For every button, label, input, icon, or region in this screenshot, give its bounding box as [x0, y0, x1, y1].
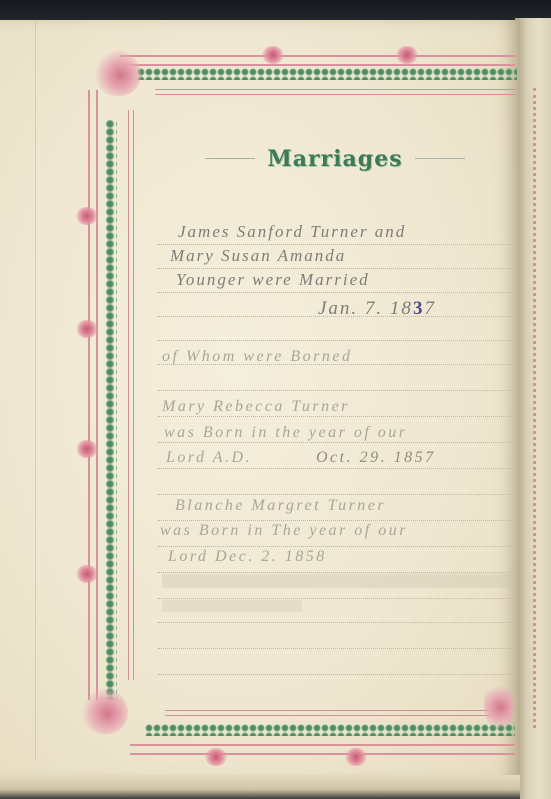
page-bottom-edge [0, 775, 520, 799]
border-green-garland-left [105, 120, 117, 700]
ruled-line [158, 494, 510, 495]
birth-1-line-3: Lord A.D. [166, 449, 252, 467]
corner-ornament-top-left-icon [95, 50, 141, 96]
erased-line-1 [162, 574, 512, 588]
year-last-digit: 7 [424, 298, 436, 319]
marriage-line-1: James Sanford Turner and [178, 222, 406, 242]
page-title-text: Marriages [267, 146, 402, 172]
title-flourish-left [205, 158, 255, 159]
border-pink-top [120, 55, 515, 66]
rosette-icon [262, 46, 284, 64]
ruled-line [158, 340, 510, 341]
rosette-icon [76, 207, 98, 225]
border-green-garland-top [137, 68, 517, 80]
birth-1-line-2: was Born in the year of our [164, 424, 408, 442]
border-green-garland-bottom [145, 724, 515, 736]
border-pink-inner-top [155, 89, 515, 95]
ruled-line [158, 520, 510, 521]
corner-ornament-bottom-left-icon [82, 688, 128, 734]
ruled-line [158, 468, 510, 469]
border-pink-left-inner [128, 110, 134, 680]
title-flourish-right [415, 158, 465, 159]
rosette-icon [345, 748, 367, 766]
year-correction: 3 [413, 298, 425, 319]
adjacent-page-border-ornament [533, 88, 550, 728]
rosette-icon [396, 46, 418, 64]
birth-2-line-1: Blanche Margret Turner [175, 497, 386, 515]
corner-ornament-bottom-right-icon [484, 682, 514, 728]
ruled-line [158, 546, 510, 547]
rosette-icon [76, 440, 98, 458]
marriage-line-3: Younger were Married [176, 270, 370, 290]
border-pink-bottom [130, 744, 515, 755]
ruled-line [158, 442, 510, 443]
birth-2-line-2: was Born in The year of our [160, 522, 408, 540]
adjacent-page-edge [515, 18, 551, 799]
ruled-line [158, 572, 510, 573]
page-title: Marriages [205, 140, 465, 180]
marriage-date-text: Jan. 7. 18 [318, 298, 413, 319]
birth-1-date: Oct. 29. 1857 [316, 449, 436, 467]
border-pink-left-outer [88, 90, 98, 700]
ruled-line [158, 648, 510, 649]
ruled-line [158, 292, 510, 293]
ruled-line [158, 416, 510, 417]
marriage-line-2: Mary Susan Amanda [170, 246, 346, 266]
erased-line-2 [162, 600, 302, 612]
border-pink-inner-bottom [165, 710, 510, 716]
ruled-line [158, 622, 510, 623]
ruled-line [158, 390, 510, 391]
rosette-icon [76, 565, 98, 583]
rosette-icon [205, 748, 227, 766]
birth-2-line-3: Lord Dec. 2. 1858 [168, 548, 327, 566]
children-heading: of Whom were Borned [162, 348, 352, 366]
ruled-line [158, 244, 510, 245]
birth-1-line-1: Mary Rebecca Turner [162, 398, 350, 416]
paper-crease [35, 20, 36, 760]
rosette-icon [76, 320, 98, 338]
scanner-background-top [0, 0, 551, 22]
marriage-date: Jan. 7. 1837 [318, 298, 436, 320]
ruled-line [158, 268, 510, 269]
ruled-line [158, 674, 510, 675]
ruled-line [158, 598, 510, 599]
